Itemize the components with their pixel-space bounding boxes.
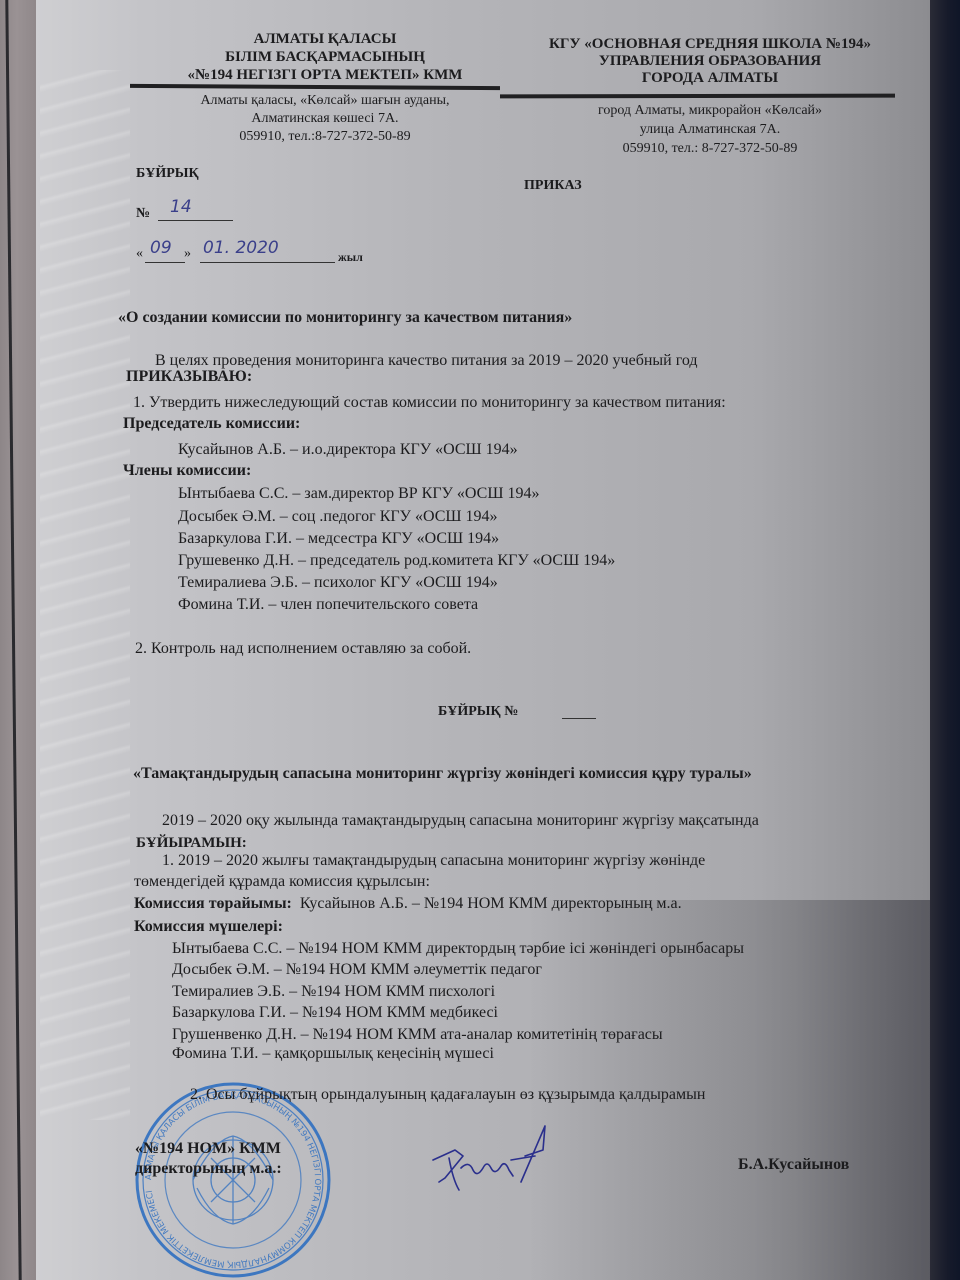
address-line: Алматы қаласы, «Көлсай» шағын ауданы, (160, 92, 490, 110)
official-stamp: АЛМАТЫ ҚАЛАСЫ БІЛІМ БАСҚАРМАСЫНЫҢ №194 Н… (133, 1080, 333, 1278)
ru-chair-heading: Председатель комиссии: (123, 415, 300, 433)
address-kz: Алматы қаласы, «Көлсай» шағын ауданы, Ал… (160, 92, 490, 146)
ru-order-title: «О создании комиссии по мониторингу за к… (118, 309, 572, 327)
address-line: улица Алматинская 7А. (525, 120, 895, 139)
ru-chair: Кусайынов А.Б. – и.о.директора КГУ «ОСШ … (178, 441, 518, 459)
header-kz-line: БІЛІМ БАСҚАРМАСЫНЫҢ (160, 48, 490, 66)
signer-role-line2: директорының м.а.: (135, 1160, 282, 1178)
address-line: город Алматы, микрорайон «Көлсай» (525, 101, 895, 120)
signer-role-line1: «№194 НОМ» КММ (135, 1140, 281, 1158)
kz-member: Фомина Т.И. – қамқоршылық кеңесінің мүше… (172, 1045, 494, 1063)
kz-member: Ынтыбаева С.С. – №194 НОМ КММ директорды… (172, 940, 744, 958)
address-ru: город Алматы, микрорайон «Көлсай» улица … (525, 101, 895, 158)
date-quote-open: « (136, 246, 143, 262)
kz-order-number-underline (562, 718, 596, 719)
order-label-ru: ПРИКАЗ (524, 178, 582, 194)
address-line: 059910, тел.: 8-727-372-50-89 (525, 139, 895, 158)
kz-command: БҰЙЫРАМЫН: (136, 835, 247, 852)
header-kz-line: АЛМАТЫ ҚАЛАСЫ (160, 30, 490, 48)
ru-member: Фомина Т.И. – член попечительского совет… (178, 596, 478, 614)
ru-members-heading: Члены комиссии: (123, 462, 251, 480)
ru-item-2: 2. Контроль над исполнением оставляю за … (135, 640, 471, 658)
ru-command: ПРИКАЗЫВАЮ: (126, 368, 252, 386)
date-month-year-value: 01. 2020 (203, 238, 279, 258)
signer-name: Б.А.Кусайынов (738, 1156, 849, 1174)
kz-chair-heading: Комиссия төрайымы: (134, 895, 292, 912)
ru-member: Грушевенко Д.Н. – председатель род.комит… (178, 552, 615, 570)
kz-item-2: 2. Осы бұйрықтың орындалуының қадағалауы… (190, 1086, 705, 1104)
order-label-kz: БҰЙРЫҚ (136, 166, 199, 182)
header-kz-line: «№194 НЕГІЗГІ ОРТА МЕКТЕП» КММ (160, 66, 490, 84)
address-line: Алматинская көшесі 7А. (160, 110, 490, 128)
date-day-underline (145, 262, 185, 263)
kz-member: Базаркулова Г.И. – №194 НОМ КММ медбикес… (172, 1004, 498, 1022)
header-ru-line: ГОРОДА АЛМАТЫ (520, 70, 900, 87)
header-divider-right (500, 94, 895, 99)
ru-member: Темиралиева Э.Б. – психолог КГУ «ОСШ 194… (178, 574, 498, 592)
handwritten-signature (425, 1120, 555, 1200)
order-number-underline (158, 220, 233, 221)
header-kz: АЛМАТЫ ҚАЛАСЫ БІЛІМ БАСҚАРМАСЫНЫҢ «№194 … (160, 30, 490, 84)
kz-member: Грушенвенко Д.Н. – №194 НОМ КММ ата-анал… (172, 1026, 663, 1044)
date-month-year-underline (200, 262, 335, 263)
ru-member: Базаркулова Г.И. – медсестра КГУ «ОСШ 19… (178, 530, 499, 548)
kz-member: Темиралиев Э.Б. – №194 НОМ КММ писхологі (172, 983, 495, 1001)
header-ru: КГУ «ОСНОВНАЯ СРЕДНЯЯ ШКОЛА №194» УПРАВЛ… (520, 36, 900, 87)
kz-member: Досыбек Ә.М. – №194 НОМ КММ әлеуметтік п… (172, 961, 542, 979)
kz-lead-text: 2019 – 2020 оқу жылында тамақтандырудың … (162, 812, 759, 830)
address-line: 059910, тел.:8-727-372-50-89 (160, 128, 490, 146)
kz-order-title: «Тамақтандырудың сапасына мониторинг жүр… (133, 765, 752, 783)
ru-member: Ынтыбаева С.С. – зам.директор ВР КГУ «ОС… (178, 485, 539, 503)
kz-members-heading: Комиссия мүшелері: (134, 918, 283, 936)
year-word: жыл (338, 250, 363, 265)
order-number-label: № (136, 206, 150, 222)
header-ru-line: КГУ «ОСНОВНАЯ СРЕДНЯЯ ШКОЛА №194» (520, 36, 900, 53)
header-ru-line: УПРАВЛЕНИЯ ОБРАЗОВАНИЯ (520, 53, 900, 70)
kz-chair: Кусайынов А.Б. – №194 НОМ КММ директорын… (300, 895, 682, 912)
kz-order-label: БҰЙРЫҚ № (438, 704, 518, 720)
binder-right-edge (930, 0, 960, 1280)
ru-member: Досыбек Ә.М. – соц .педогог КГУ «ОСШ 194… (178, 508, 498, 526)
date-quote-close: » (184, 246, 191, 262)
order-number-value: 14 (170, 197, 192, 217)
kz-item-1-cont: төмендегідей құрамда комиссия құрылсын: (134, 873, 430, 891)
date-day-value: 09 (150, 238, 172, 258)
kz-chair-row: Комиссия төрайымы: Кусайынов А.Б. – №194… (134, 895, 682, 913)
ru-item-1: 1. Утвердить нижеследующий состав комисс… (133, 394, 726, 412)
kz-item-1: 1. 2019 – 2020 жылғы тамақтандырудың сап… (162, 852, 705, 870)
